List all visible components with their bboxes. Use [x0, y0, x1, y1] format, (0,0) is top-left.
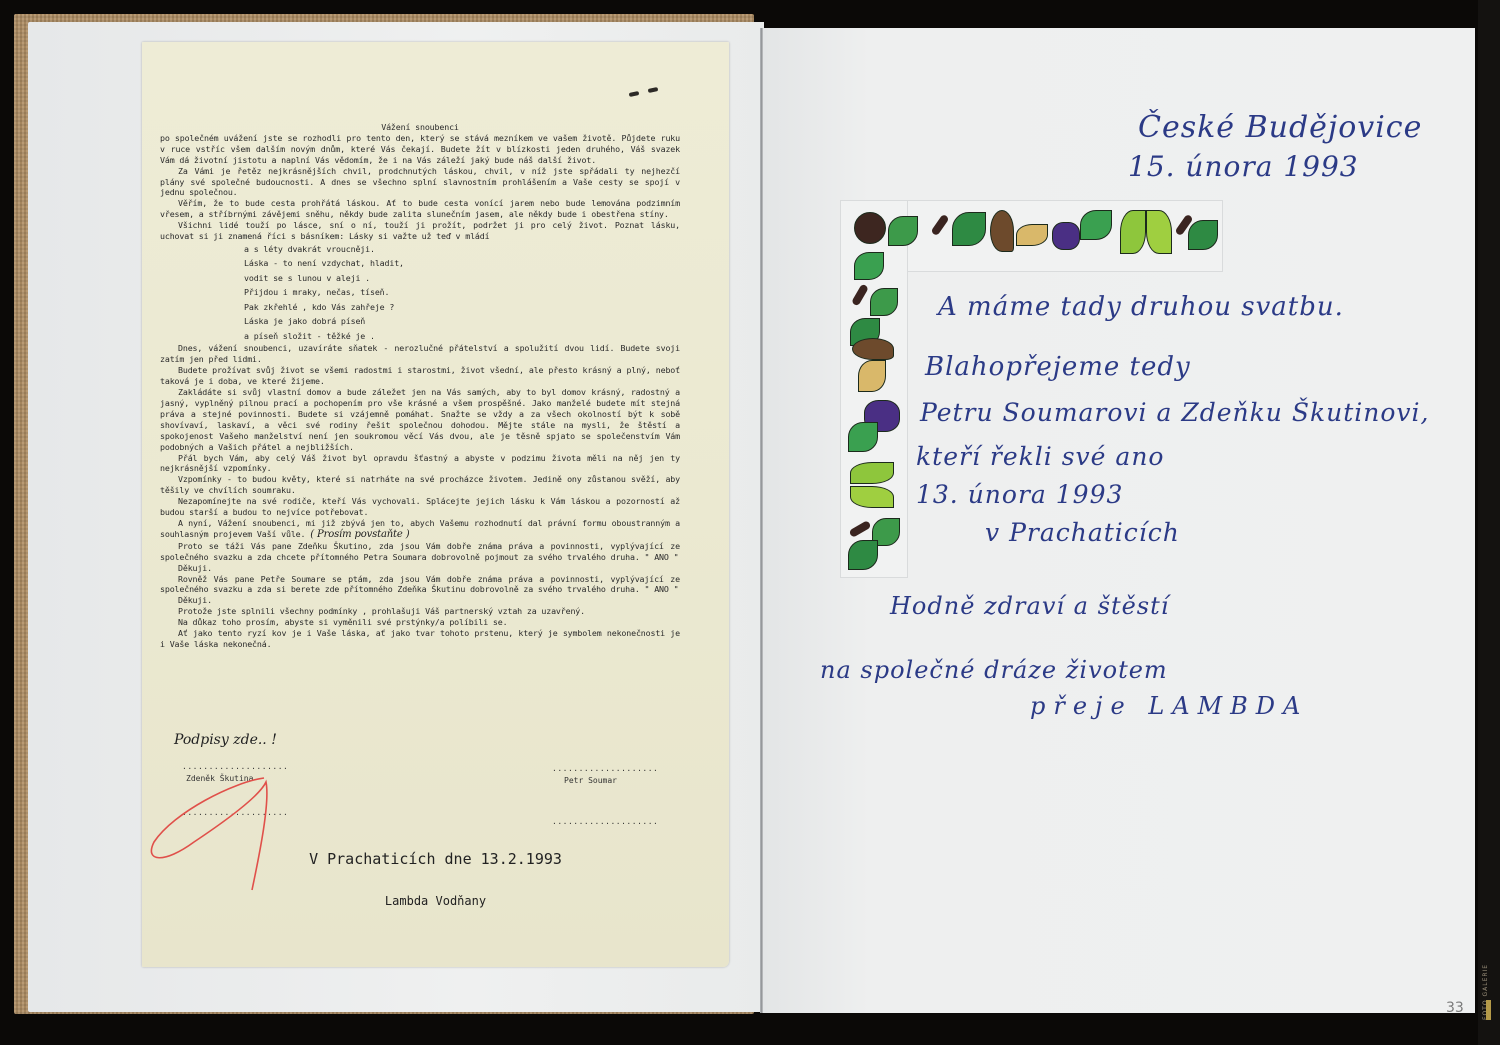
vow-paragraph: Proto se táži Vás pane Zdeňku Škutino, z…: [160, 541, 680, 563]
speech-paragraph: Budete prožívat svůj život se všemi rado…: [160, 365, 680, 387]
signature-line-left-2: ....................: [182, 808, 288, 817]
poem-line: vodit se s lunou v aleji .: [244, 271, 680, 286]
speech-paragraph: Nezapomínejte na své rodiče, kteří Vás v…: [160, 496, 680, 518]
header-place: České Budějovice: [1138, 110, 1422, 145]
signature-line-right-2: ....................: [552, 817, 658, 826]
dedication-line: kteří řekli své ano: [916, 442, 1164, 471]
oak-leaf-icon: [1016, 224, 1048, 246]
vow-line: Protože jste splnili všechny podmínky , …: [160, 606, 680, 617]
leaf-icon: [854, 252, 884, 280]
beech-leaf-icon: [990, 210, 1014, 252]
speech-paragraph: Přál bych Vám, aby celý Váš život byl op…: [160, 453, 680, 475]
speech-paragraph: A nyní, Vážení snoubenci, mi již zbývá j…: [160, 518, 680, 541]
dedication-line: A máme tady druhou svatbu.: [938, 292, 1344, 322]
signature-line-left: ....................: [182, 762, 288, 771]
page-number: 33: [1446, 1000, 1464, 1016]
alder-cone-icon: [854, 212, 886, 244]
vow-line: Děkuji.: [160, 563, 680, 574]
wish-line: Hodně zdraví a štěstí: [890, 592, 1169, 620]
ceremony-text: Vážení snoubenci po společném uvážení js…: [160, 122, 680, 650]
signature-name-right: Petr Soumar: [564, 776, 617, 785]
purple-leaf-icon: [1052, 222, 1080, 250]
poem-line: Pak zkřehlé , kdo Vás zahřeje ?: [244, 300, 680, 315]
dedication-line: v Prachaticích: [985, 518, 1180, 547]
typed-ceremony-sheet: Vážení snoubenci po společném uvážení js…: [142, 42, 729, 967]
handwritten-insert: ( Prosím povstaňte ): [310, 529, 409, 540]
wish-line: na společné dráze životem: [820, 656, 1168, 684]
poem-line: Přijdou i mraky, nečas, tíseň.: [244, 285, 680, 300]
signature-line-right: ....................: [552, 764, 658, 773]
poem-line: a píseň složit - těžké je .: [244, 329, 680, 344]
dedication-line: 13. února 1993: [916, 480, 1123, 509]
staple-mark: [629, 91, 640, 97]
light-leaf-icon: [1146, 210, 1172, 254]
speech-paragraph: po společném uvážení jste se rozhodli pr…: [160, 133, 680, 166]
dedication-line: Petru Soumarovi a Zdeňku Škutinovi,: [920, 398, 1429, 427]
oak-leaf-icon: [858, 360, 886, 392]
speech-paragraph: Věřím, že to bude cesta prohřátá láskou.…: [160, 198, 680, 220]
place-and-date: V Prachaticích dne 13.2.1993: [142, 850, 729, 868]
poem-line: Láska - to není vzdychat, hladit,: [244, 256, 680, 271]
speech-heading: Vážení snoubenci: [160, 122, 680, 133]
light-leaf-icon: [1120, 210, 1146, 254]
side-strip: [1478, 0, 1500, 1045]
signature-lambda: přeje LAMBDA: [1030, 692, 1308, 720]
header-date: 15. února 1993: [1128, 150, 1359, 183]
speech-paragraph: Dnes, vážení snoubenci, uzavíráte sňatek…: [160, 343, 680, 365]
leaf-icon: [888, 216, 918, 246]
leaf-icon: [848, 422, 878, 452]
speech-paragraph: Všichni lidé touží po lásce, sní o ní, t…: [160, 220, 680, 242]
vow-paragraph: Ať jako tento ryzí kov je i Vaše láska, …: [160, 628, 680, 650]
leaf-icon: [848, 540, 878, 570]
leaf-icon: [1188, 220, 1218, 250]
poem-line: a s léty dvakrát vroucněji.: [244, 242, 680, 257]
organization-name: Lambda Vodňany: [142, 894, 729, 908]
leaf-icon: [952, 212, 986, 246]
signature-name-left: Zdeněk Škutina: [186, 774, 253, 783]
staple-mark: [648, 87, 659, 93]
speech-paragraph: Vzpomínky - to budou květy, které si nat…: [160, 474, 680, 496]
leaf-icon: [1080, 210, 1112, 240]
dedication-line: Blahopřejeme tedy: [925, 352, 1191, 382]
book-spine: [760, 28, 763, 1013]
vow-paragraph: Rovněž Vás pane Petře Soumare se ptám, z…: [160, 574, 680, 596]
leaf-icon: [870, 288, 898, 316]
beech-leaf-icon: [852, 338, 894, 360]
side-strip-bar: [1486, 1000, 1491, 1020]
speech-paragraph: Za Vámi je řetěz nejkrásnějších chvil, p…: [160, 166, 680, 199]
handwritten-sign-here-note: Podpisy zde.. !: [174, 732, 277, 748]
poem-block: a s léty dvakrát vroucněji. Láska - to n…: [160, 242, 680, 344]
light-leaf-icon: [850, 462, 894, 484]
vow-line: Na důkaz toho prosím, abyste si vyměnili…: [160, 617, 680, 628]
vow-line: Děkuji.: [160, 595, 680, 606]
light-leaf-icon: [850, 486, 894, 508]
poem-line: Láska je jako dobrá píseň: [244, 314, 680, 329]
speech-paragraph: Zakládáte si svůj vlastní domov a bude z…: [160, 387, 680, 452]
